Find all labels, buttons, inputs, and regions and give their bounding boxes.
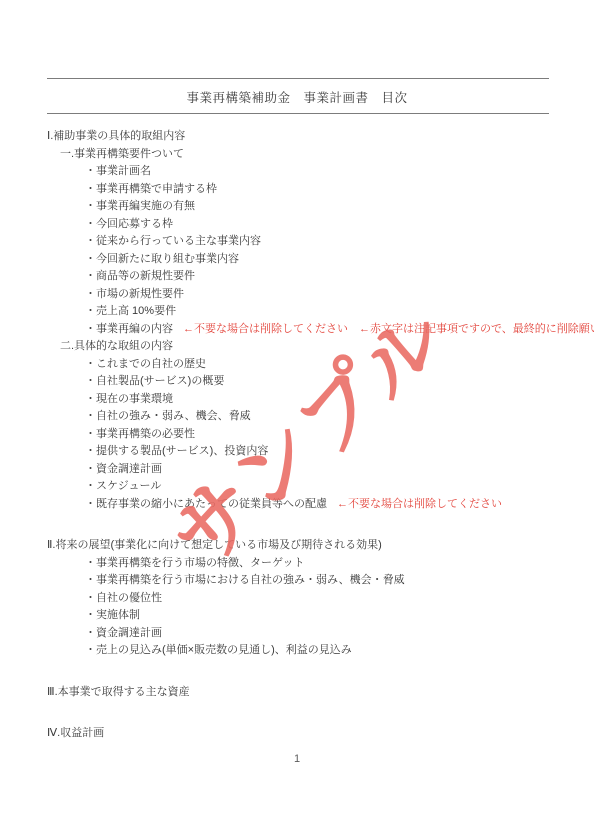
- toc-line-text: 一.事業再構築要件ついて: [60, 148, 184, 160]
- toc-line: Ⅲ.本事業で取得する主な資産: [47, 684, 587, 702]
- toc-line-text: ・事業再編の内容: [85, 323, 173, 335]
- toc-line-text: Ⅰ.補助事業の具体的取組内容: [47, 130, 185, 142]
- toc-line-text: ・事業再構築を行う市場の特徴、ターゲット: [85, 557, 305, 569]
- toc-line: ・スケジュール: [47, 478, 587, 496]
- toc-line-text: ・これまでの自社の歴史: [85, 358, 206, 370]
- toc-line-text: ・事業再構築を行う市場における自社の強み・弱み、機会・脅威: [85, 574, 405, 586]
- toc-line: ・既存事業の縮小にあたっての従業員等への配慮←不要な場合は削除してください: [47, 496, 587, 514]
- toc-line: ・これまでの自社の歴史: [47, 356, 587, 374]
- toc-line: ・今回新たに取り組む事業内容: [47, 251, 587, 269]
- toc-line-text: ・自社の優位性: [85, 592, 162, 604]
- toc-line-text: ・事業計画名: [85, 165, 151, 177]
- toc-line: ・現在の事業環境: [47, 391, 587, 409]
- toc-line-text: ・事業再構築で申請する枠: [85, 183, 217, 195]
- toc-line: ・事業再編の内容←不要な場合は削除してください ←赤文字は注記事項ですので、最終…: [47, 321, 587, 339]
- toc-line: ・事業再構築で申請する枠: [47, 181, 587, 199]
- toc-line-text: ・資金調達計画: [85, 627, 162, 639]
- toc-line: ・事業計画名: [47, 163, 587, 181]
- toc-line: ・事業再構築を行う市場の特徴、ターゲット: [47, 555, 587, 573]
- toc-line: ・自社製品(サービス)の概要: [47, 373, 587, 391]
- toc-line-text: ・自社の強み・弱み、機会、脅威: [85, 410, 251, 422]
- toc-line: ・売上の見込み(単価×販売数の見通し)、利益の見込み: [47, 642, 587, 660]
- toc-line-text: ・売上の見込み(単価×販売数の見通し)、利益の見込み: [85, 644, 352, 656]
- header-rule-bottom: [47, 113, 549, 114]
- toc-line: ・資金調達計画: [47, 625, 587, 643]
- toc-line-text: Ⅳ.収益計画: [47, 727, 104, 739]
- toc-line-text: ・提供する製品(サービス)、投資内容: [85, 445, 268, 457]
- page-number: 1: [0, 753, 594, 765]
- toc-line-text: ・既存事業の縮小にあたっての従業員等への配慮: [85, 498, 327, 510]
- toc-line-text: ・スケジュール: [85, 480, 161, 492]
- toc-line: 一.事業再構築要件ついて: [47, 146, 587, 164]
- toc-line: Ⅱ.将来の展望(事業化に向けて想定している市場及び期待される効果): [47, 537, 587, 555]
- toc-line-text: ・今回応募する枠: [85, 218, 173, 230]
- document-page: 事業再構築補助金 事業計画書 目次 Ⅰ.補助事業の具体的取組内容一.事業再構築要…: [0, 0, 594, 840]
- toc-line-note: ←不要な場合は削除してください: [337, 498, 502, 510]
- toc-line: ・事業再構築の必要性: [47, 426, 587, 444]
- toc-line-text: ・実施体制: [85, 609, 140, 621]
- toc-line: Ⅰ.補助事業の具体的取組内容: [47, 128, 587, 146]
- toc-line: ・従来から行っている主な事業内容: [47, 233, 587, 251]
- toc-line-text: ・現在の事業環境: [85, 393, 173, 405]
- toc-line-text: 二.具体的な取組の内容: [60, 340, 173, 352]
- toc-line-text: ・自社製品(サービス)の概要: [85, 375, 224, 387]
- toc-line: ・事業再構築を行う市場における自社の強み・弱み、機会・脅威: [47, 572, 587, 590]
- toc-line-text: ・今回新たに取り組む事業内容: [85, 253, 239, 265]
- toc-line-text: ・事業再構築の必要性: [85, 428, 195, 440]
- toc-line: ・今回応募する枠: [47, 216, 587, 234]
- toc-line: Ⅳ.収益計画: [47, 725, 587, 743]
- toc-line: ・売上高 10%要件: [47, 303, 587, 321]
- toc-line: ・市場の新規性要件: [47, 286, 587, 304]
- toc-line-text: ・事業再編実施の有無: [85, 200, 195, 212]
- header-rule-top: [47, 78, 549, 79]
- toc-line-text: ・売上高 10%要件: [85, 305, 176, 317]
- toc-line: ・提供する製品(サービス)、投資内容: [47, 443, 587, 461]
- toc-line-text: ・商品等の新規性要件: [85, 270, 195, 282]
- toc-line-text: Ⅱ.将来の展望(事業化に向けて想定している市場及び期待される効果): [47, 539, 382, 551]
- toc-line-note: ←不要な場合は削除してください ←赤文字は注記事項ですので、最終的に削除願います…: [183, 323, 594, 335]
- toc-line-text: Ⅲ.本事業で取得する主な資産: [47, 686, 190, 698]
- toc-line: ・自社の強み・弱み、機会、脅威: [47, 408, 587, 426]
- toc-line-text: ・資金調達計画: [85, 463, 162, 475]
- toc-line: ・実施体制: [47, 607, 587, 625]
- toc-line-text: ・従来から行っている主な事業内容: [85, 235, 261, 247]
- toc-line: ・自社の優位性: [47, 590, 587, 608]
- toc-line-text: ・市場の新規性要件: [85, 288, 184, 300]
- toc-line: ・商品等の新規性要件: [47, 268, 587, 286]
- page-title: 事業再構築補助金 事業計画書 目次: [0, 88, 594, 106]
- toc-line: 二.具体的な取組の内容: [47, 338, 587, 356]
- toc-line: ・資金調達計画: [47, 461, 587, 479]
- toc-line: ・事業再編実施の有無: [47, 198, 587, 216]
- toc-list: Ⅰ.補助事業の具体的取組内容一.事業再構築要件ついて・事業計画名・事業再構築で申…: [47, 128, 587, 743]
